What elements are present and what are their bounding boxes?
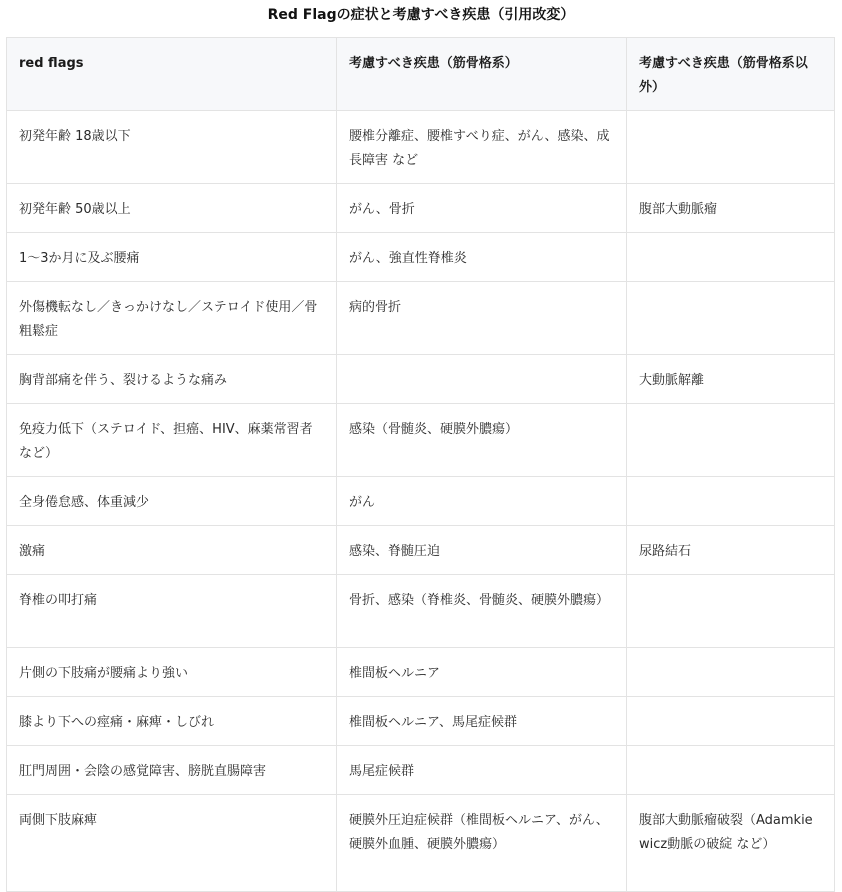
table-row: 外傷機転なし／きっかけなし／ステロイド使用／骨粗鬆症 病的骨折 bbox=[7, 282, 835, 355]
header-red-flags: red flags bbox=[7, 38, 337, 111]
cell-non-musculoskeletal bbox=[627, 575, 835, 648]
cell-musculoskeletal: 椎間板ヘルニア bbox=[337, 648, 627, 697]
cell-non-musculoskeletal bbox=[627, 697, 835, 746]
cell-non-musculoskeletal bbox=[627, 648, 835, 697]
cell-red-flag: 両側下肢麻痺 bbox=[7, 795, 337, 885]
cell-red-flag: 初発年齢 50歳以上 bbox=[7, 184, 337, 233]
cell-red-flag: 膝より下への痙痛・麻痺・しびれ bbox=[7, 697, 337, 746]
table-header-row: red flags 考慮すべき疾患（筋骨格系） 考慮すべき疾患（筋骨格系以外） bbox=[7, 38, 835, 111]
cell-non-musculoskeletal bbox=[627, 233, 835, 282]
cell-red-flag: 脊椎の叩打痛 bbox=[7, 575, 337, 648]
cell-non-musculoskeletal bbox=[627, 477, 835, 526]
table-row: 免疫力低下（ステロイド、担癌、HIV、麻薬常習者 など） 感染（骨髄炎、硬膜外膿… bbox=[7, 404, 835, 477]
cell-musculoskeletal: 骨折、感染（脊椎炎、骨髄炎、硬膜外膿瘍） bbox=[337, 575, 627, 648]
table-row: 脊椎の叩打痛 骨折、感染（脊椎炎、骨髄炎、硬膜外膿瘍） bbox=[7, 575, 835, 648]
cell-non-musculoskeletal: 尿路結石 bbox=[627, 526, 835, 575]
cell-musculoskeletal bbox=[337, 355, 627, 404]
cell-red-flag: 免疫力低下（ステロイド、担癌、HIV、麻薬常習者 など） bbox=[7, 404, 337, 477]
cell-red-flag: 片側の下肢痛が腰痛より強い bbox=[7, 648, 337, 697]
cell-red-flag: 肛門周囲・会陰の感覚障害、膀胱直腸障害 bbox=[7, 746, 337, 795]
cell-musculoskeletal: 硬膜外圧迫症候群（椎間板ヘルニア、がん、硬膜外血腫、硬膜外膿瘍） bbox=[337, 795, 627, 885]
cell-non-musculoskeletal: 腹部大動脈瘤 bbox=[627, 184, 835, 233]
table-row: 初発年齢 18歳以下 腰椎分離症、腰椎すべり症、がん、感染、成長障害 など bbox=[7, 111, 835, 184]
cell-red-flag: 1～3か月に及ぶ腰痛 bbox=[7, 233, 337, 282]
cell-non-musculoskeletal: 大動脈解離 bbox=[627, 355, 835, 404]
cell-musculoskeletal: 感染、脊髄圧迫 bbox=[337, 526, 627, 575]
table-row: 胸背部痛を伴う、裂けるような痛み 大動脈解離 bbox=[7, 355, 835, 404]
cell-musculoskeletal: がん bbox=[337, 477, 627, 526]
cell-non-musculoskeletal bbox=[627, 111, 835, 184]
cell-red-flag: 外傷機転なし／きっかけなし／ステロイド使用／骨粗鬆症 bbox=[7, 282, 337, 355]
cell-musculoskeletal: 病的骨折 bbox=[337, 282, 627, 355]
cell-non-musculoskeletal bbox=[627, 404, 835, 477]
table-row: 激痛 感染、脊髄圧迫 尿路結石 bbox=[7, 526, 835, 575]
table-title: Red Flagの症状と考慮すべき疾患（引用改変） bbox=[0, 0, 842, 33]
cell-musculoskeletal: がん、骨折 bbox=[337, 184, 627, 233]
table-row: 両側下肢麻痺 硬膜外圧迫症候群（椎間板ヘルニア、がん、硬膜外血腫、硬膜外膿瘍） … bbox=[7, 795, 835, 885]
table-row: 膝より下への痙痛・麻痺・しびれ 椎間板ヘルニア、馬尾症候群 bbox=[7, 697, 835, 746]
red-flags-table: red flags 考慮すべき疾患（筋骨格系） 考慮すべき疾患（筋骨格系以外） … bbox=[6, 37, 835, 884]
cell-red-flag: 激痛 bbox=[7, 526, 337, 575]
cell-musculoskeletal: 腰椎分離症、腰椎すべり症、がん、感染、成長障害 など bbox=[337, 111, 627, 184]
table-row: 肛門周囲・会陰の感覚障害、膀胱直腸障害 馬尾症候群 bbox=[7, 746, 835, 795]
cell-non-musculoskeletal: 腹部大動脈瘤破裂（Adamkiewicz動脈の破綻 など） bbox=[627, 795, 835, 885]
table-row: 全身倦怠感、体重減少 がん bbox=[7, 477, 835, 526]
cell-non-musculoskeletal bbox=[627, 282, 835, 355]
cell-red-flag: 初発年齢 18歳以下 bbox=[7, 111, 337, 184]
table-row: 初発年齢 50歳以上 がん、骨折 腹部大動脈瘤 bbox=[7, 184, 835, 233]
cell-musculoskeletal: 感染（骨髄炎、硬膜外膿瘍） bbox=[337, 404, 627, 477]
cell-non-musculoskeletal bbox=[627, 746, 835, 795]
table-row: 片側の下肢痛が腰痛より強い 椎間板ヘルニア bbox=[7, 648, 835, 697]
table-row: 1～3か月に及ぶ腰痛 がん、強直性脊椎炎 bbox=[7, 233, 835, 282]
cell-red-flag: 全身倦怠感、体重減少 bbox=[7, 477, 337, 526]
header-non-musculoskeletal: 考慮すべき疾患（筋骨格系以外） bbox=[627, 38, 835, 111]
cell-musculoskeletal: がん、強直性脊椎炎 bbox=[337, 233, 627, 282]
cell-musculoskeletal: 椎間板ヘルニア、馬尾症候群 bbox=[337, 697, 627, 746]
header-musculoskeletal: 考慮すべき疾患（筋骨格系） bbox=[337, 38, 627, 111]
cell-musculoskeletal: 馬尾症候群 bbox=[337, 746, 627, 795]
cell-red-flag: 胸背部痛を伴う、裂けるような痛み bbox=[7, 355, 337, 404]
